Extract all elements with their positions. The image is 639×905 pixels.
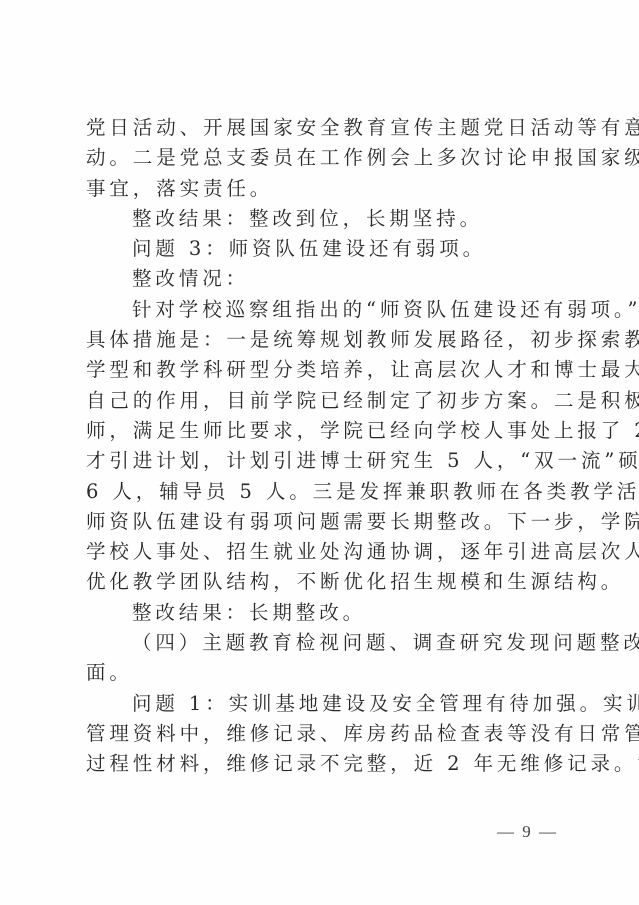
text-line: 师，满足生师比要求，学院已经向学校人事处上报了 2024 年人	[86, 416, 562, 446]
text-line: 学校人事处、招生就业处沟通协调，逐年引进高层次人才，不断	[86, 537, 562, 567]
text-line: 党日活动、开展国家安全教育宣传主题党日活动等有意义的活	[86, 113, 562, 143]
text-line: 优化教学团队结构，不断优化招生规模和生源结构。	[86, 567, 562, 597]
text-line: 才引进计划，计划引进博士研究生 5 人，“双一流”硕士研究生	[86, 446, 562, 476]
issue-3-heading: 问题 3：师资队伍建设还有弱项。	[86, 234, 562, 264]
text-line: 针对学校巡察组指出的“师资队伍建设还有弱项。”问题。	[86, 295, 562, 325]
section-4-heading: （四）主题教育检视问题、调查研究发现问题整改落实方	[86, 628, 562, 658]
text-line: 具体措施是：一是统筹规划教师发展路径，初步探索教学型、科	[86, 325, 562, 355]
document-page: 党日活动、开展国家安全教育宣传主题党日活动等有意义的活 动。二是党总支委员在工作…	[0, 0, 639, 905]
text-line: 动。二是党总支委员在工作例会上多次讨论申报国家级标杆院系	[86, 143, 562, 173]
text-line: 事宜，落实责任。	[86, 174, 562, 204]
rectification-result-line: 整改结果：整改到位，长期坚持。	[86, 204, 562, 234]
rectification-status-label: 整改情况：	[86, 264, 562, 294]
page-number: — 9 —	[497, 822, 558, 842]
body-text: 党日活动、开展国家安全教育宣传主题党日活动等有意义的活 动。二是党总支委员在工作…	[86, 113, 562, 780]
text-line: 学型和教学科研型分类培养，让高层次人才和博士最大程度发挥	[86, 355, 562, 385]
text-line: 6 人，辅导员 5 人。三是发挥兼职教师在各类教学活动中的作用。	[86, 477, 562, 507]
text-line: 过程性材料，维修记录不完整，近 2 年无维修记录。谈话反映专	[86, 749, 562, 779]
text-line: 管理资料中，维修记录、库房药品检查表等没有日常管理审批的	[86, 719, 562, 749]
issue-1-heading: 问题 1：实训基地建设及安全管理有待加强。实训基地安全	[86, 689, 562, 719]
rectification-result-line: 整改结果：长期整改。	[86, 598, 562, 628]
text-line: 自己的作用，目前学院已经制定了初步方案。二是积极引进新教	[86, 386, 562, 416]
text-line: 师资队伍建设有弱项问题需要长期整改。下一步，学院将积极和	[86, 507, 562, 537]
section-4-heading-continued: 面。	[86, 658, 562, 688]
